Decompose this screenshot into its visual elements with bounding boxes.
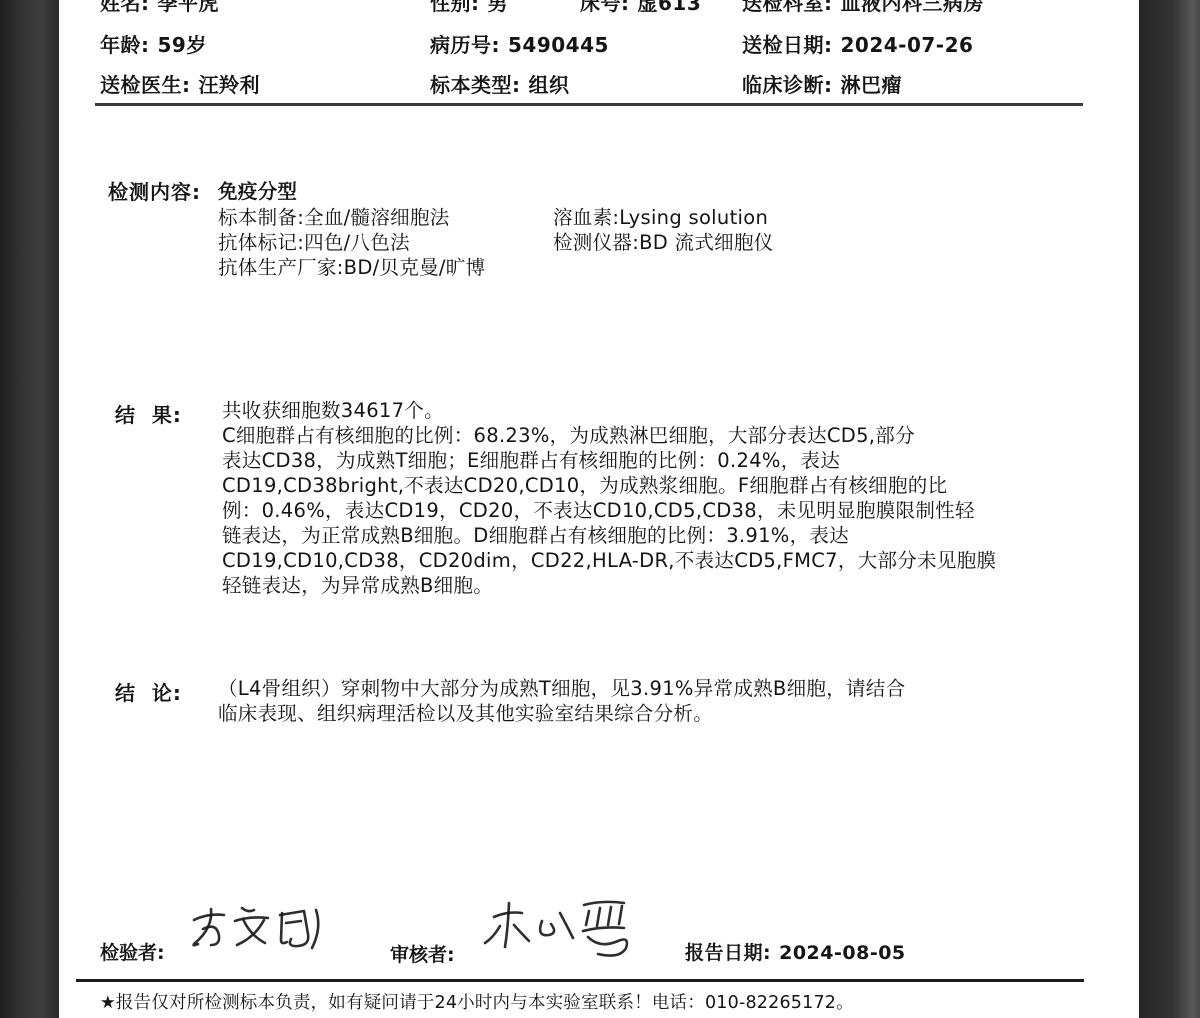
result-text: 共收获细胞数34617个。 C细胞群占有核细胞的比例：68.23%，为成熟淋巴细… <box>222 398 1012 598</box>
sex-label: 性别: <box>430 0 480 15</box>
age-label: 年龄: <box>100 33 150 57</box>
test-content-label: 检测内容: <box>108 176 201 205</box>
conclusion-label: 结 论: <box>115 677 182 706</box>
report-date-field: 报告日期:2024-08-05 <box>685 938 906 965</box>
patient-name-label: 姓名: <box>100 0 150 15</box>
specimen-type-value: 组织 <box>529 73 570 97</box>
result-label: 结 果: <box>115 399 182 428</box>
lysing-agent: 溶血素:Lysing solution <box>553 202 768 230</box>
specimen-type-label: 标本类型: <box>430 73 521 97</box>
examiner-signature-image <box>182 898 334 960</box>
footer-disclaimer: ★报告仅对所检测标本负责，如有疑问请于24小时内与本实验室联系！电话：010-8… <box>100 989 854 1014</box>
send-date-field: 送检日期:2024-07-26 <box>742 29 973 58</box>
reviewer-label: 审核者: <box>390 940 455 967</box>
doctor-label: 送检医生: <box>100 73 191 97</box>
diagnosis-value: 淋巴瘤 <box>841 73 903 97</box>
report-date-label: 报告日期: <box>685 942 771 964</box>
department-label: 送检科室: <box>742 0 833 15</box>
doctor-value: 汪羚利 <box>199 73 261 97</box>
age-field: 年龄:59岁 <box>100 29 207 58</box>
record-number-value: 5490445 <box>508 33 609 57</box>
test-content-value: 免疫分型 <box>218 176 297 204</box>
doctor-field: 送检医生:汪羚利 <box>100 69 260 98</box>
photo-right-edge <box>1139 0 1200 1018</box>
antibody-manufacturer: 抗体生产厂家:BD/贝克曼/旷博 <box>218 252 485 280</box>
department-field: 送检科室:血液内科三病房 <box>742 0 984 16</box>
sex-value: 男 <box>488 0 509 15</box>
header-divider <box>95 103 1083 106</box>
antibody-panel: 抗体标记:四色/八色法 <box>218 227 410 255</box>
diagnosis-label: 临床诊断: <box>742 73 833 97</box>
diagnosis-field: 临床诊断:淋巴瘤 <box>742 69 902 98</box>
conclusion-text: （L4骨组织）穿刺物中大部分为成熟T细胞，见3.91%异常成熟B细胞，请结合 临… <box>218 676 998 726</box>
patient-name-value: 李平虎 <box>158 0 220 15</box>
reviewer-signature-image <box>478 893 646 965</box>
bed-number-value: 虚613 <box>638 0 702 15</box>
instrument: 检测仪器:BD 流式细胞仪 <box>553 227 774 255</box>
department-value: 血液内科三病房 <box>841 0 985 15</box>
report-date-value: 2024-08-05 <box>779 942 906 964</box>
specimen-prep: 标本制备:全血/髓溶细胞法 <box>218 202 450 230</box>
record-number-label: 病历号: <box>430 33 500 57</box>
examiner-label: 检验者: <box>100 938 165 965</box>
bed-number-label: 床号: <box>580 0 630 15</box>
sex-field: 性别:男 <box>430 0 508 16</box>
report-photo: 姓名:李平虎 性别:男 床号:虚613 送检科室:血液内科三病房 年龄:59岁 … <box>0 0 1200 1018</box>
send-date-label: 送检日期: <box>742 33 833 57</box>
footer-divider <box>76 979 1084 982</box>
bed-number-field: 床号:虚613 <box>580 0 701 16</box>
send-date-value: 2024-07-26 <box>841 33 974 57</box>
patient-name-field: 姓名:李平虎 <box>100 0 219 16</box>
photo-left-edge <box>0 0 59 1018</box>
record-number-field: 病历号:5490445 <box>430 29 609 58</box>
specimen-type-field: 标本类型:组织 <box>430 69 570 98</box>
age-value: 59岁 <box>158 33 207 57</box>
